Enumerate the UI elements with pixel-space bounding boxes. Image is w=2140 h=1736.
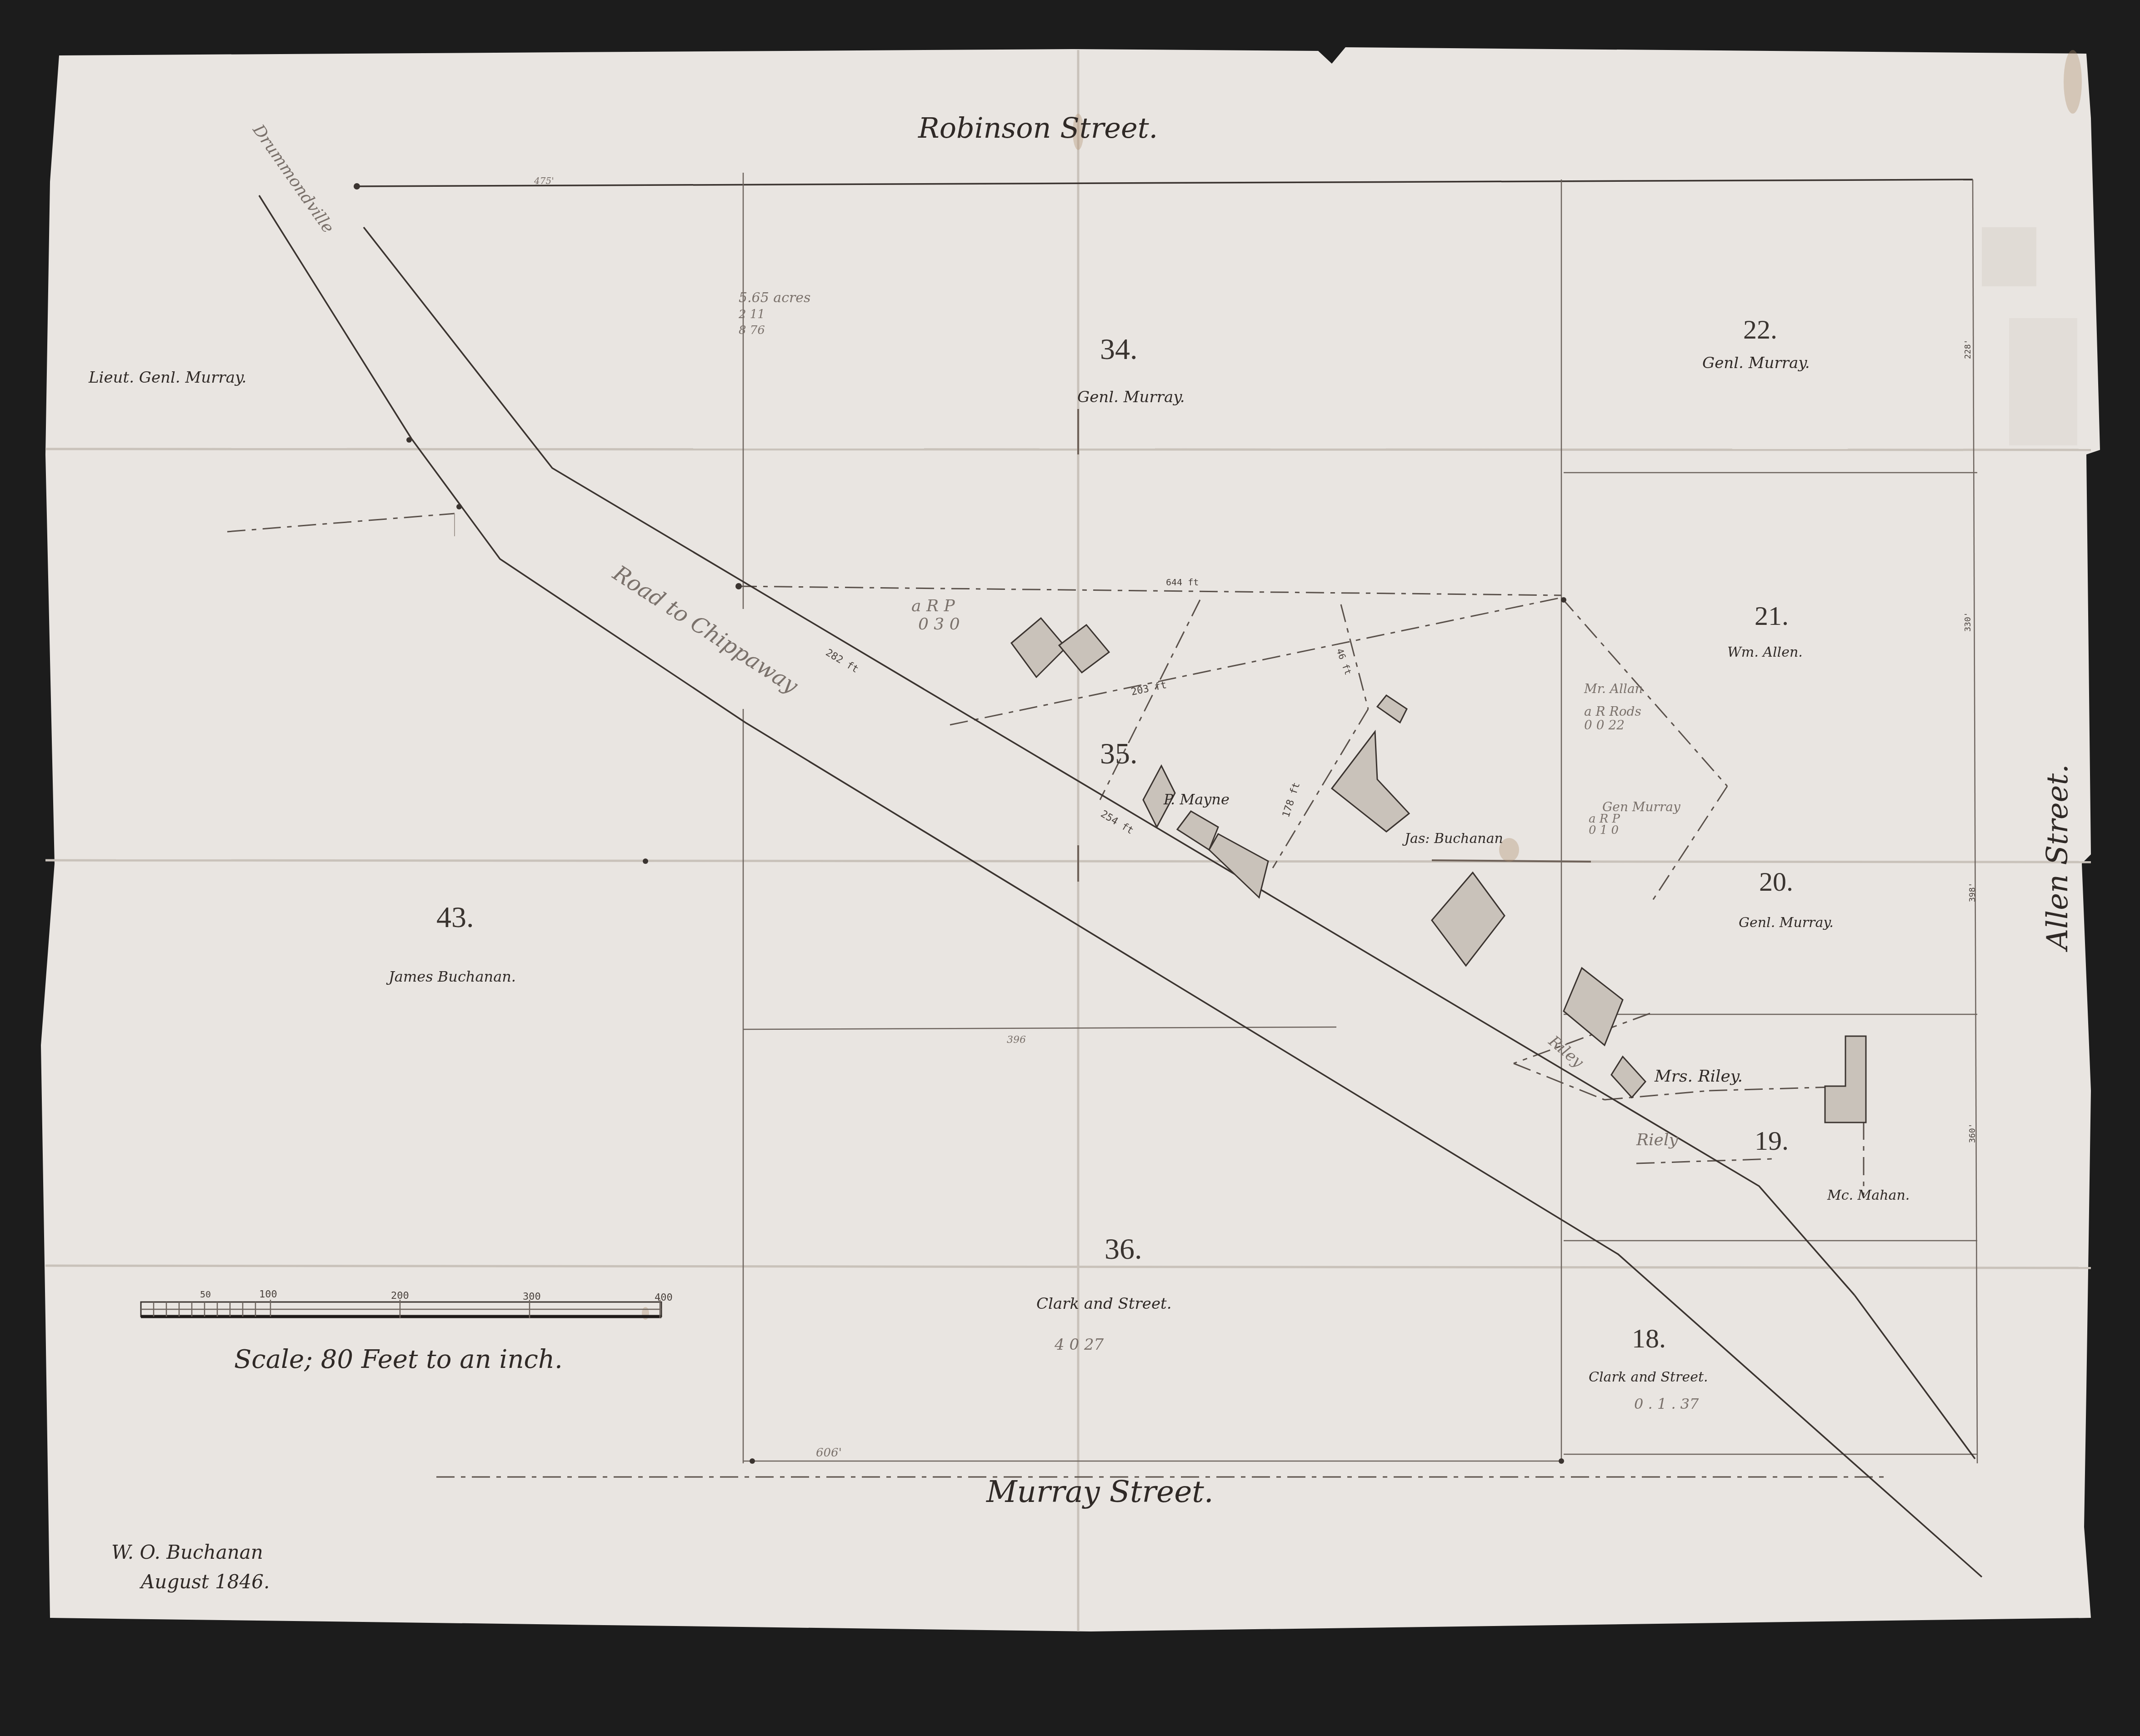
lot-area: 4 0 27 [1054,1336,1104,1354]
lot-number: 20. [1759,867,1793,897]
scale-tick: 400 [655,1292,673,1303]
lot-number: 34. [1100,333,1138,366]
lot-area: 0 . 1 . 37 [1634,1395,1699,1412]
paper-sheet [41,47,2100,1631]
lot-owner: Clark and Street. [1589,1369,1708,1385]
street-label-murray: Murray Street. [986,1474,1214,1509]
area-values: 0 0 22 [1584,718,1625,733]
lot-owner: Genl. Murray. [1077,388,1185,406]
street-label-allen: Allen Street. [2041,764,2075,952]
measurement: 475' [534,175,554,186]
owner-lieut-genl-murray: Lieut. Genl. Murray. [88,369,246,387]
lot-number: 19. [1755,1126,1789,1156]
owner-jas-buchanan: Jas: Buchanan [1402,831,1503,847]
lot-owner: Clark and Street. [1036,1295,1171,1313]
lot-number: 35. [1100,737,1138,770]
scale-tick: 50 [200,1289,211,1300]
owner-riely-pencil: Riely [1636,1131,1678,1149]
lot-number: 22. [1743,314,1777,344]
lot-owner: P. Mayne [1163,791,1230,808]
measurement: 606' [816,1446,842,1460]
owner-mc-mahan: Mc. Mahan. [1827,1187,1910,1203]
survey-map: Robinson Street. Murray Street. Allen St… [0,0,2140,1736]
lot-number: 21. [1755,601,1789,631]
lot-owner: Genl. Murray. [1702,354,1810,372]
measurement: 644 ft [1166,577,1199,588]
lot-number: 18. [1632,1323,1666,1353]
lot-owner: James Buchanan. [386,968,516,985]
area-values: 0 3 0 [918,615,960,634]
measurement: 360' [1968,1123,1977,1143]
measurement: 398' [1968,883,1977,902]
lot-owner: Mrs. Riley. [1654,1067,1743,1086]
lot-number: 43. [436,901,474,934]
lot-owner: Wm. Allen. [1727,644,1803,660]
scale-tick: 300 [523,1291,541,1302]
lot-owner: Genl. Murray. [1739,915,1834,931]
measurement: 228' [1963,339,1973,359]
scale-caption: Scale; 80 Feet to an inch. [234,1345,563,1374]
scale-tick: 200 [391,1290,409,1302]
area-line: 5.65 acres [739,290,811,306]
scale-tick: 100 [259,1289,277,1300]
surveyor-signature: W. O. Buchanan [111,1541,263,1563]
measurement: 330' [1963,612,1973,632]
pencil-area-lot35: a R P 0 3 0 [911,597,960,634]
area-values: 0 1 0 [1589,823,1619,837]
lot-number: 36. [1105,1232,1142,1266]
street-label-robinson: Robinson Street. [918,111,1158,145]
area-header: a R P [911,597,955,615]
survey-date: August 1846. [139,1571,270,1593]
area-line: 2 11 [738,308,765,321]
area-header: a R Rods [1584,704,1641,719]
measurement: 396 [1007,1034,1026,1046]
area-owner: Mr. Allan [1584,681,1643,696]
area-line: 8 76 [739,324,765,337]
